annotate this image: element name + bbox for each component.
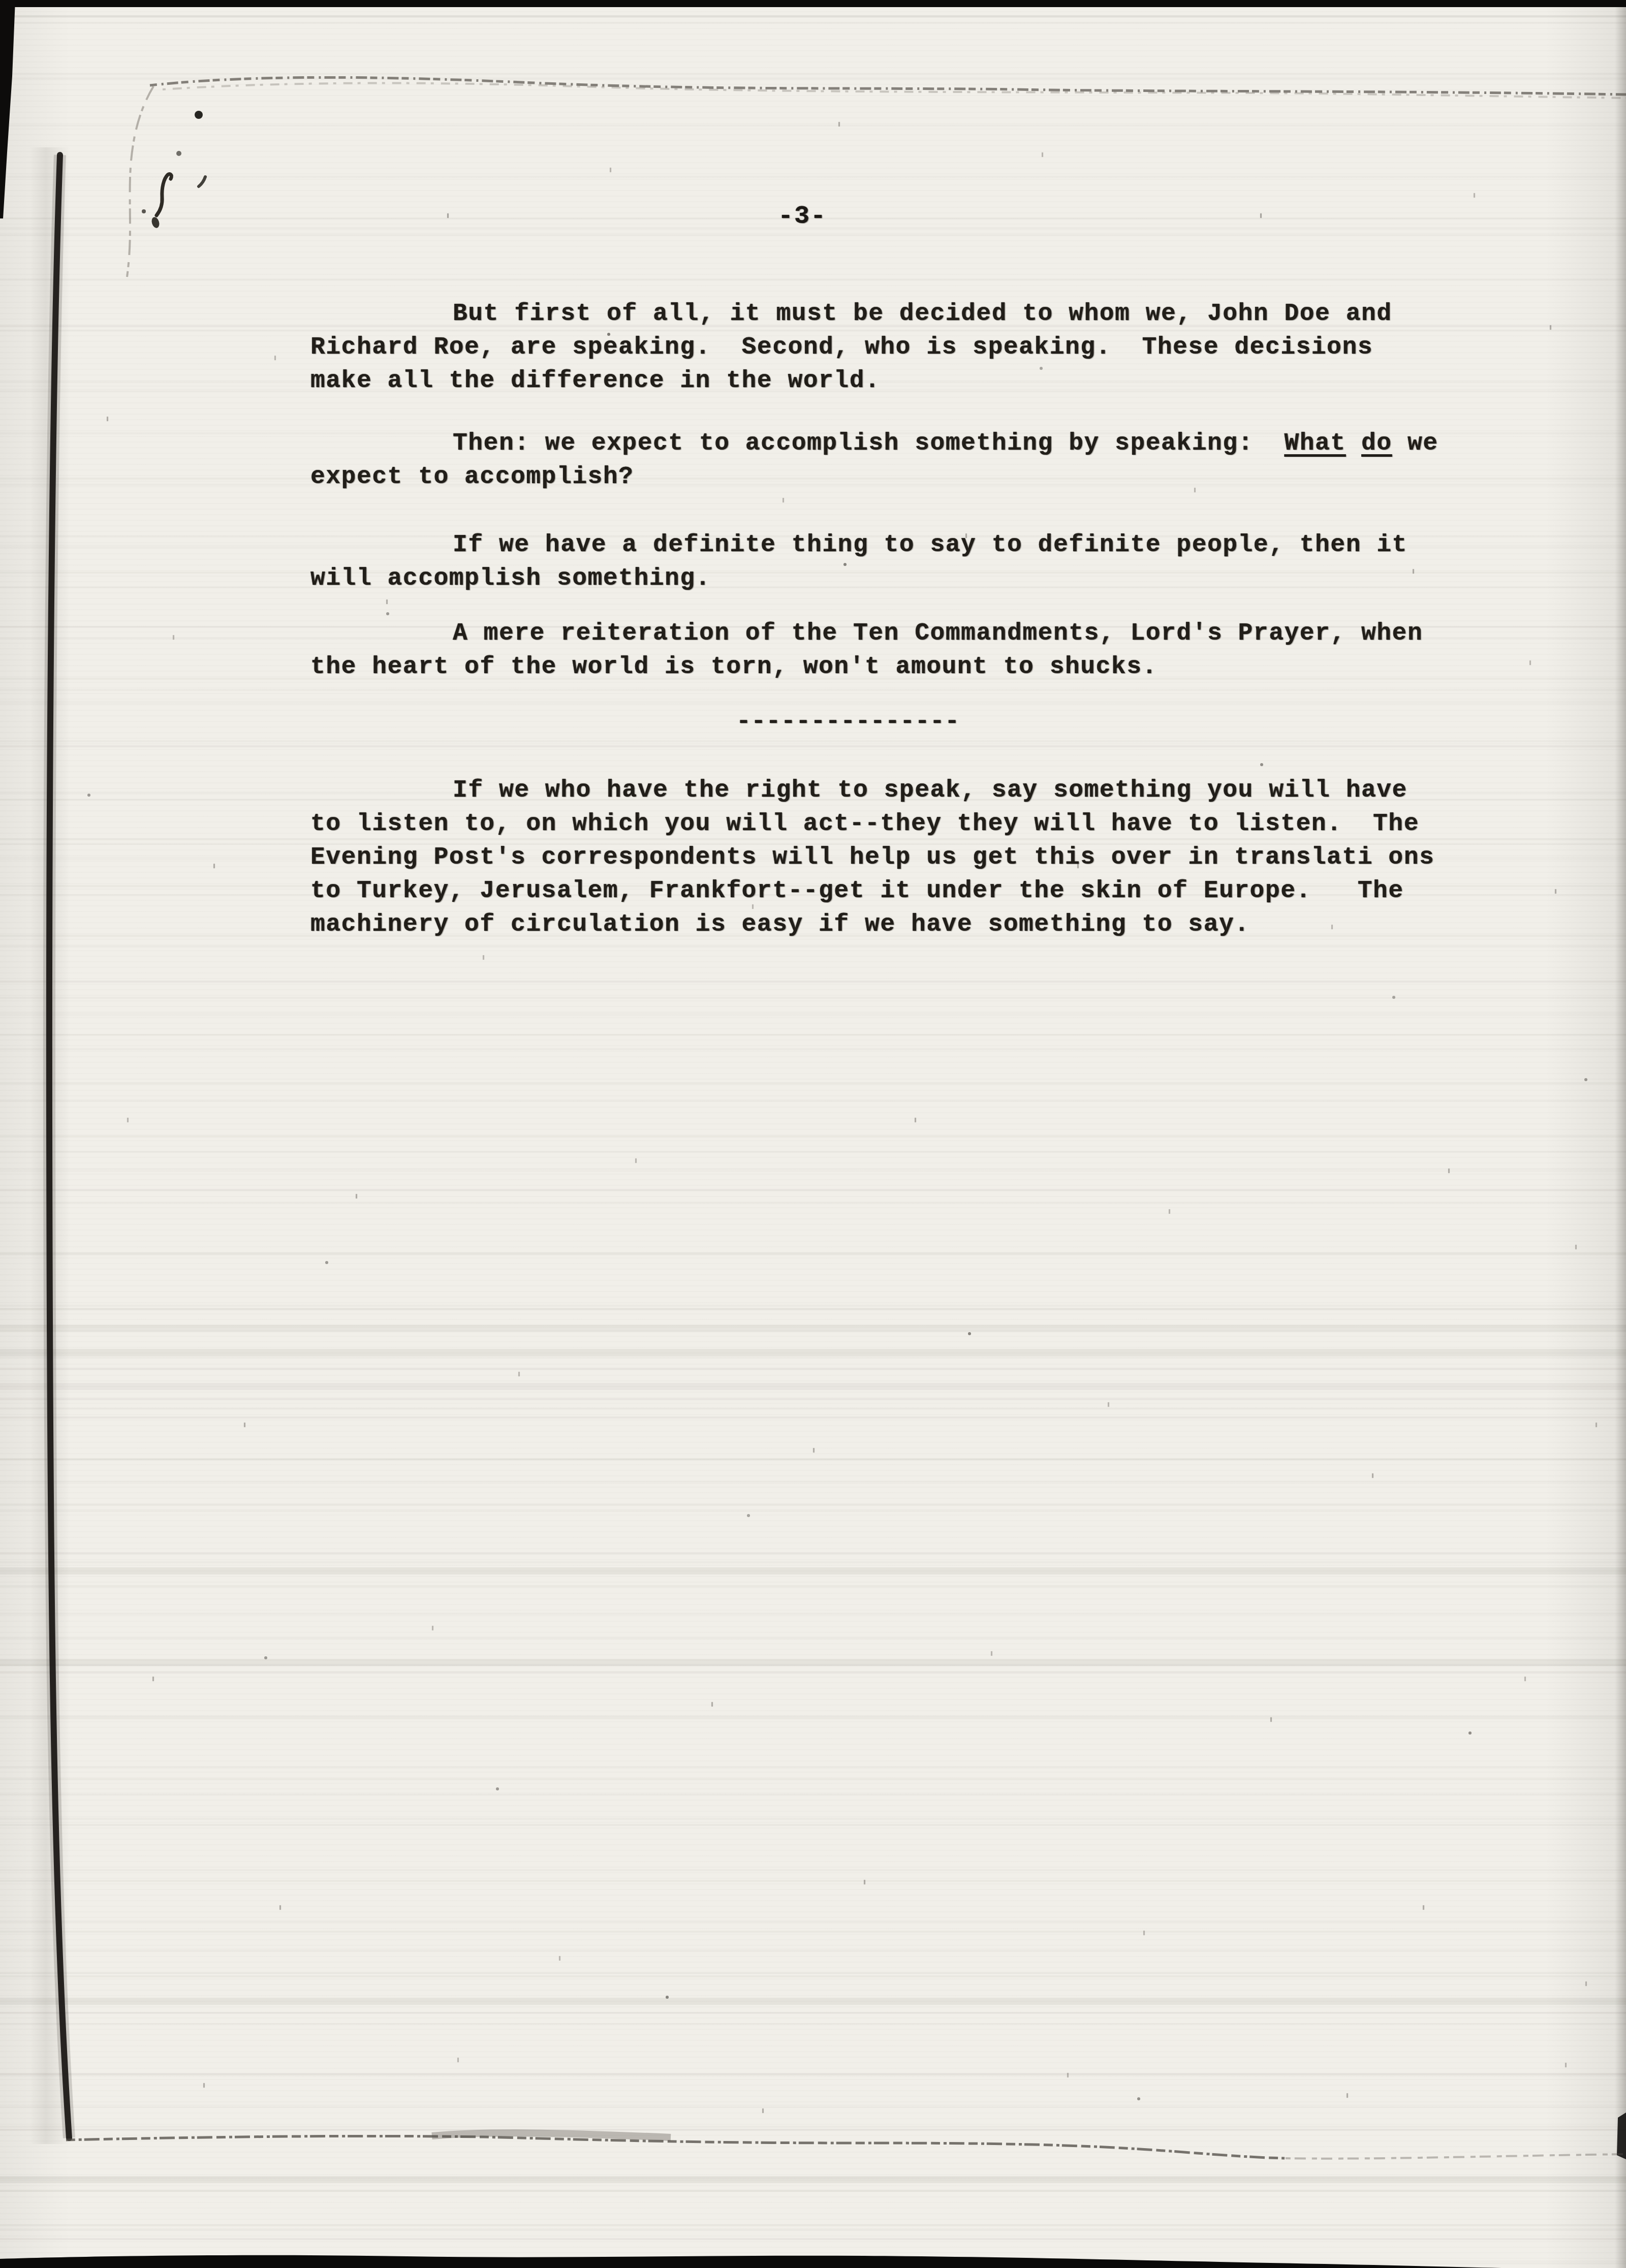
ink-speck-dots — [0, 0, 3, 3]
scan-streak-bands-wide — [0, 1325, 1626, 1332]
text-segment: Then: we expect to accomplish something … — [453, 430, 1284, 457]
left-edge-shading — [29, 147, 70, 2144]
paragraph-1: But first of all, it must be decided to … — [310, 297, 1392, 398]
paragraph-2: Then: we expect to accomplish something … — [310, 427, 1439, 494]
paragraph-3: If we have a definite thing to say to de… — [310, 528, 1408, 595]
text-line: Then: we expect to accomplish something … — [310, 427, 1439, 460]
handwritten-blob — [150, 216, 161, 229]
text-line: Evening Post's correspondents will help … — [310, 841, 1434, 874]
text-line: If we who have the right to speak, say s… — [310, 774, 1434, 807]
handwritten-tick — [199, 177, 205, 186]
top-black-border — [0, 0, 1626, 7]
text-line: the heart of the world is torn, won't am… — [310, 650, 1423, 684]
paragraph-4: A mere reiteration of the Ten Commandmen… — [310, 617, 1423, 684]
right-edge-shading — [1615, 0, 1626, 2268]
text-line: A mere reiteration of the Ten Commandmen… — [310, 617, 1423, 650]
text-line: machinery of circulation is easy if we h… — [310, 908, 1434, 941]
torn-top-edge-line — [150, 77, 1626, 94]
text-line: make all the difference in the world. — [310, 364, 1392, 398]
section-divider: --------------- — [310, 705, 960, 739]
torn-top-edge-fuzz — [163, 83, 1626, 99]
torn-bottom-edge-faint — [1286, 2154, 1626, 2159]
ink-blot-tiny — [176, 151, 181, 156]
torn-bottom-edge-fuzz — [432, 2133, 671, 2137]
torn-bottom-edge-line — [66, 2136, 1286, 2158]
text-segment: we — [1392, 430, 1439, 457]
paragraph-5: If we who have the right to speak, say s… — [310, 774, 1434, 941]
text-line: But first of all, it must be decided to … — [310, 297, 1392, 331]
scanned-document-page: -3- But first of all, it must be decided… — [0, 0, 1626, 2268]
text-line: expect to accomplish? — [310, 460, 1439, 494]
bottom-black-band — [0, 2255, 1502, 2268]
divider-dashes: --------------- — [310, 705, 960, 739]
page-number: -3- — [778, 202, 827, 231]
text-line: Richard Roe, are speaking. Second, who i… — [310, 331, 1392, 364]
text-segment — [1346, 430, 1361, 457]
underlined-word: do — [1361, 430, 1392, 457]
paper-speckles — [0, 0, 2, 5]
left-dark-edge-fuzz — [49, 155, 69, 2138]
left-dark-edge-line — [49, 155, 69, 2138]
underlined-word: What — [1284, 430, 1346, 457]
text-line: to Turkey, Jerusalem, Frankfort--get it … — [310, 874, 1434, 908]
right-edge-black-mark — [1617, 2113, 1626, 2159]
top-left-black-corner — [0, 0, 15, 218]
ink-blot-large — [195, 111, 203, 119]
ink-blot-small — [142, 209, 146, 213]
handwritten-squiggle — [157, 174, 171, 215]
text-line: will accomplish something. — [310, 562, 1408, 595]
text-line: to listen to, on which you will act--the… — [310, 807, 1434, 841]
text-line: If we have a definite thing to say to de… — [310, 528, 1408, 562]
torn-left-curve — [127, 86, 153, 277]
scan-streak-bands — [0, 15, 1626, 17]
